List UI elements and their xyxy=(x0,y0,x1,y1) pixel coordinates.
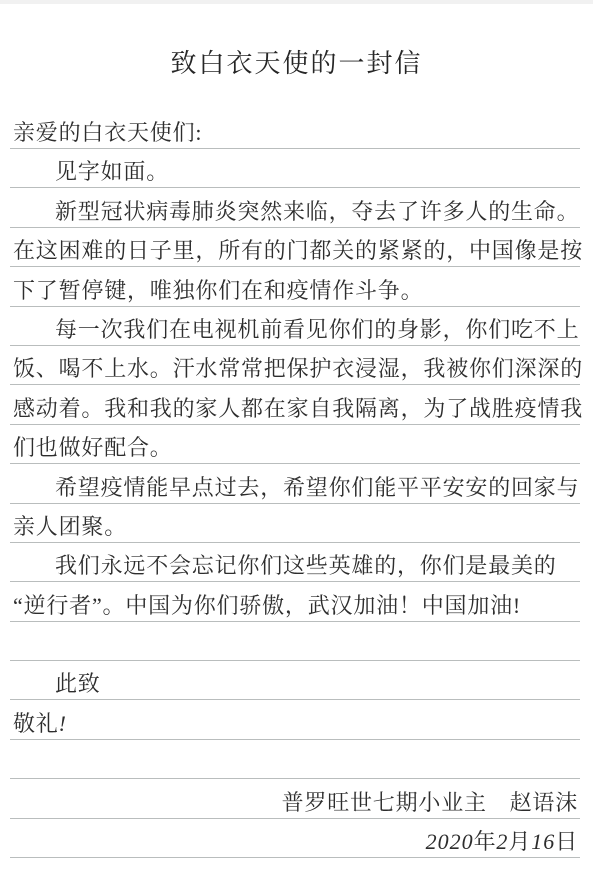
letter-closing-cizhi: 此致 xyxy=(10,661,580,700)
letter-body-line: “逆行者”。中国为你们骄傲，武汉加油！中国加油! xyxy=(10,582,580,621)
letter-body-line: 亲人团聚。 xyxy=(10,504,580,543)
letter-body-line: 下了暂停键，唯独你们在和疫情作斗争。 xyxy=(10,267,580,306)
date-month: 2 xyxy=(496,829,508,854)
date-day: 16 xyxy=(531,829,555,854)
letter-salutation: 亲爱的白衣天使们: xyxy=(10,110,580,149)
letter-closing-salute: 敬礼! xyxy=(10,700,580,739)
letter-body-line: 们也做好配合。 xyxy=(10,425,580,464)
top-strip xyxy=(0,0,593,4)
letter-body-line: 我们永远不会忘记你们这些英雄的，你们是最美的 xyxy=(10,543,580,582)
date-month-unit: 月 xyxy=(508,829,531,854)
page-title: 致白衣天使的一封信 xyxy=(0,46,593,82)
letter-body-line: 饭、喝不上水。汗水常常把保护衣浸湿，我被你们深深的 xyxy=(10,346,580,385)
salute-exclamation: ! xyxy=(59,711,67,736)
salutation-text: 亲爱的白衣天使们: xyxy=(13,122,580,144)
salute-text: 敬礼 xyxy=(13,711,59,736)
letter-body: 亲爱的白衣天使们: 见字如面。 新型冠状病毒肺炎突然来临，夺去了许多人的生命。 … xyxy=(10,110,580,858)
date-year-unit: 年 xyxy=(474,829,497,854)
letter-body-line: 希望疫情能早点过去，希望你们能平平安安的回家与 xyxy=(10,464,580,503)
date-day-unit: 日 xyxy=(555,829,578,854)
letter-body-line: 感动着。我和我的家人都在家自我隔离，为了战胜疫情我 xyxy=(10,385,580,424)
signature-text: 普罗旺世七期小业主 赵语沫 xyxy=(13,792,580,814)
letter-body-line: 每一次我们在电视机前看见你们的身影，你们吃不上 xyxy=(10,307,580,346)
date-year: 2020 xyxy=(426,829,474,854)
letter-body-line: 见字如面。 xyxy=(10,149,580,188)
letter-body-line: 新型冠状病毒肺炎突然来临，夺去了许多人的生命。 xyxy=(10,188,580,227)
ruled-line-empty xyxy=(10,740,580,779)
letter-body-line: 在这困难的日子里，所有的门都关的紧紧的，中国像是按 xyxy=(10,228,580,267)
signature-line: 普罗旺世七期小业主 赵语沫 xyxy=(10,779,580,818)
date-line: 2020年2月16日 xyxy=(10,819,580,858)
ruled-line-empty xyxy=(10,622,580,661)
letter-page: 致白衣天使的一封信 亲爱的白衣天使们: 见字如面。 新型冠状病毒肺炎突然来临，夺… xyxy=(0,0,593,882)
